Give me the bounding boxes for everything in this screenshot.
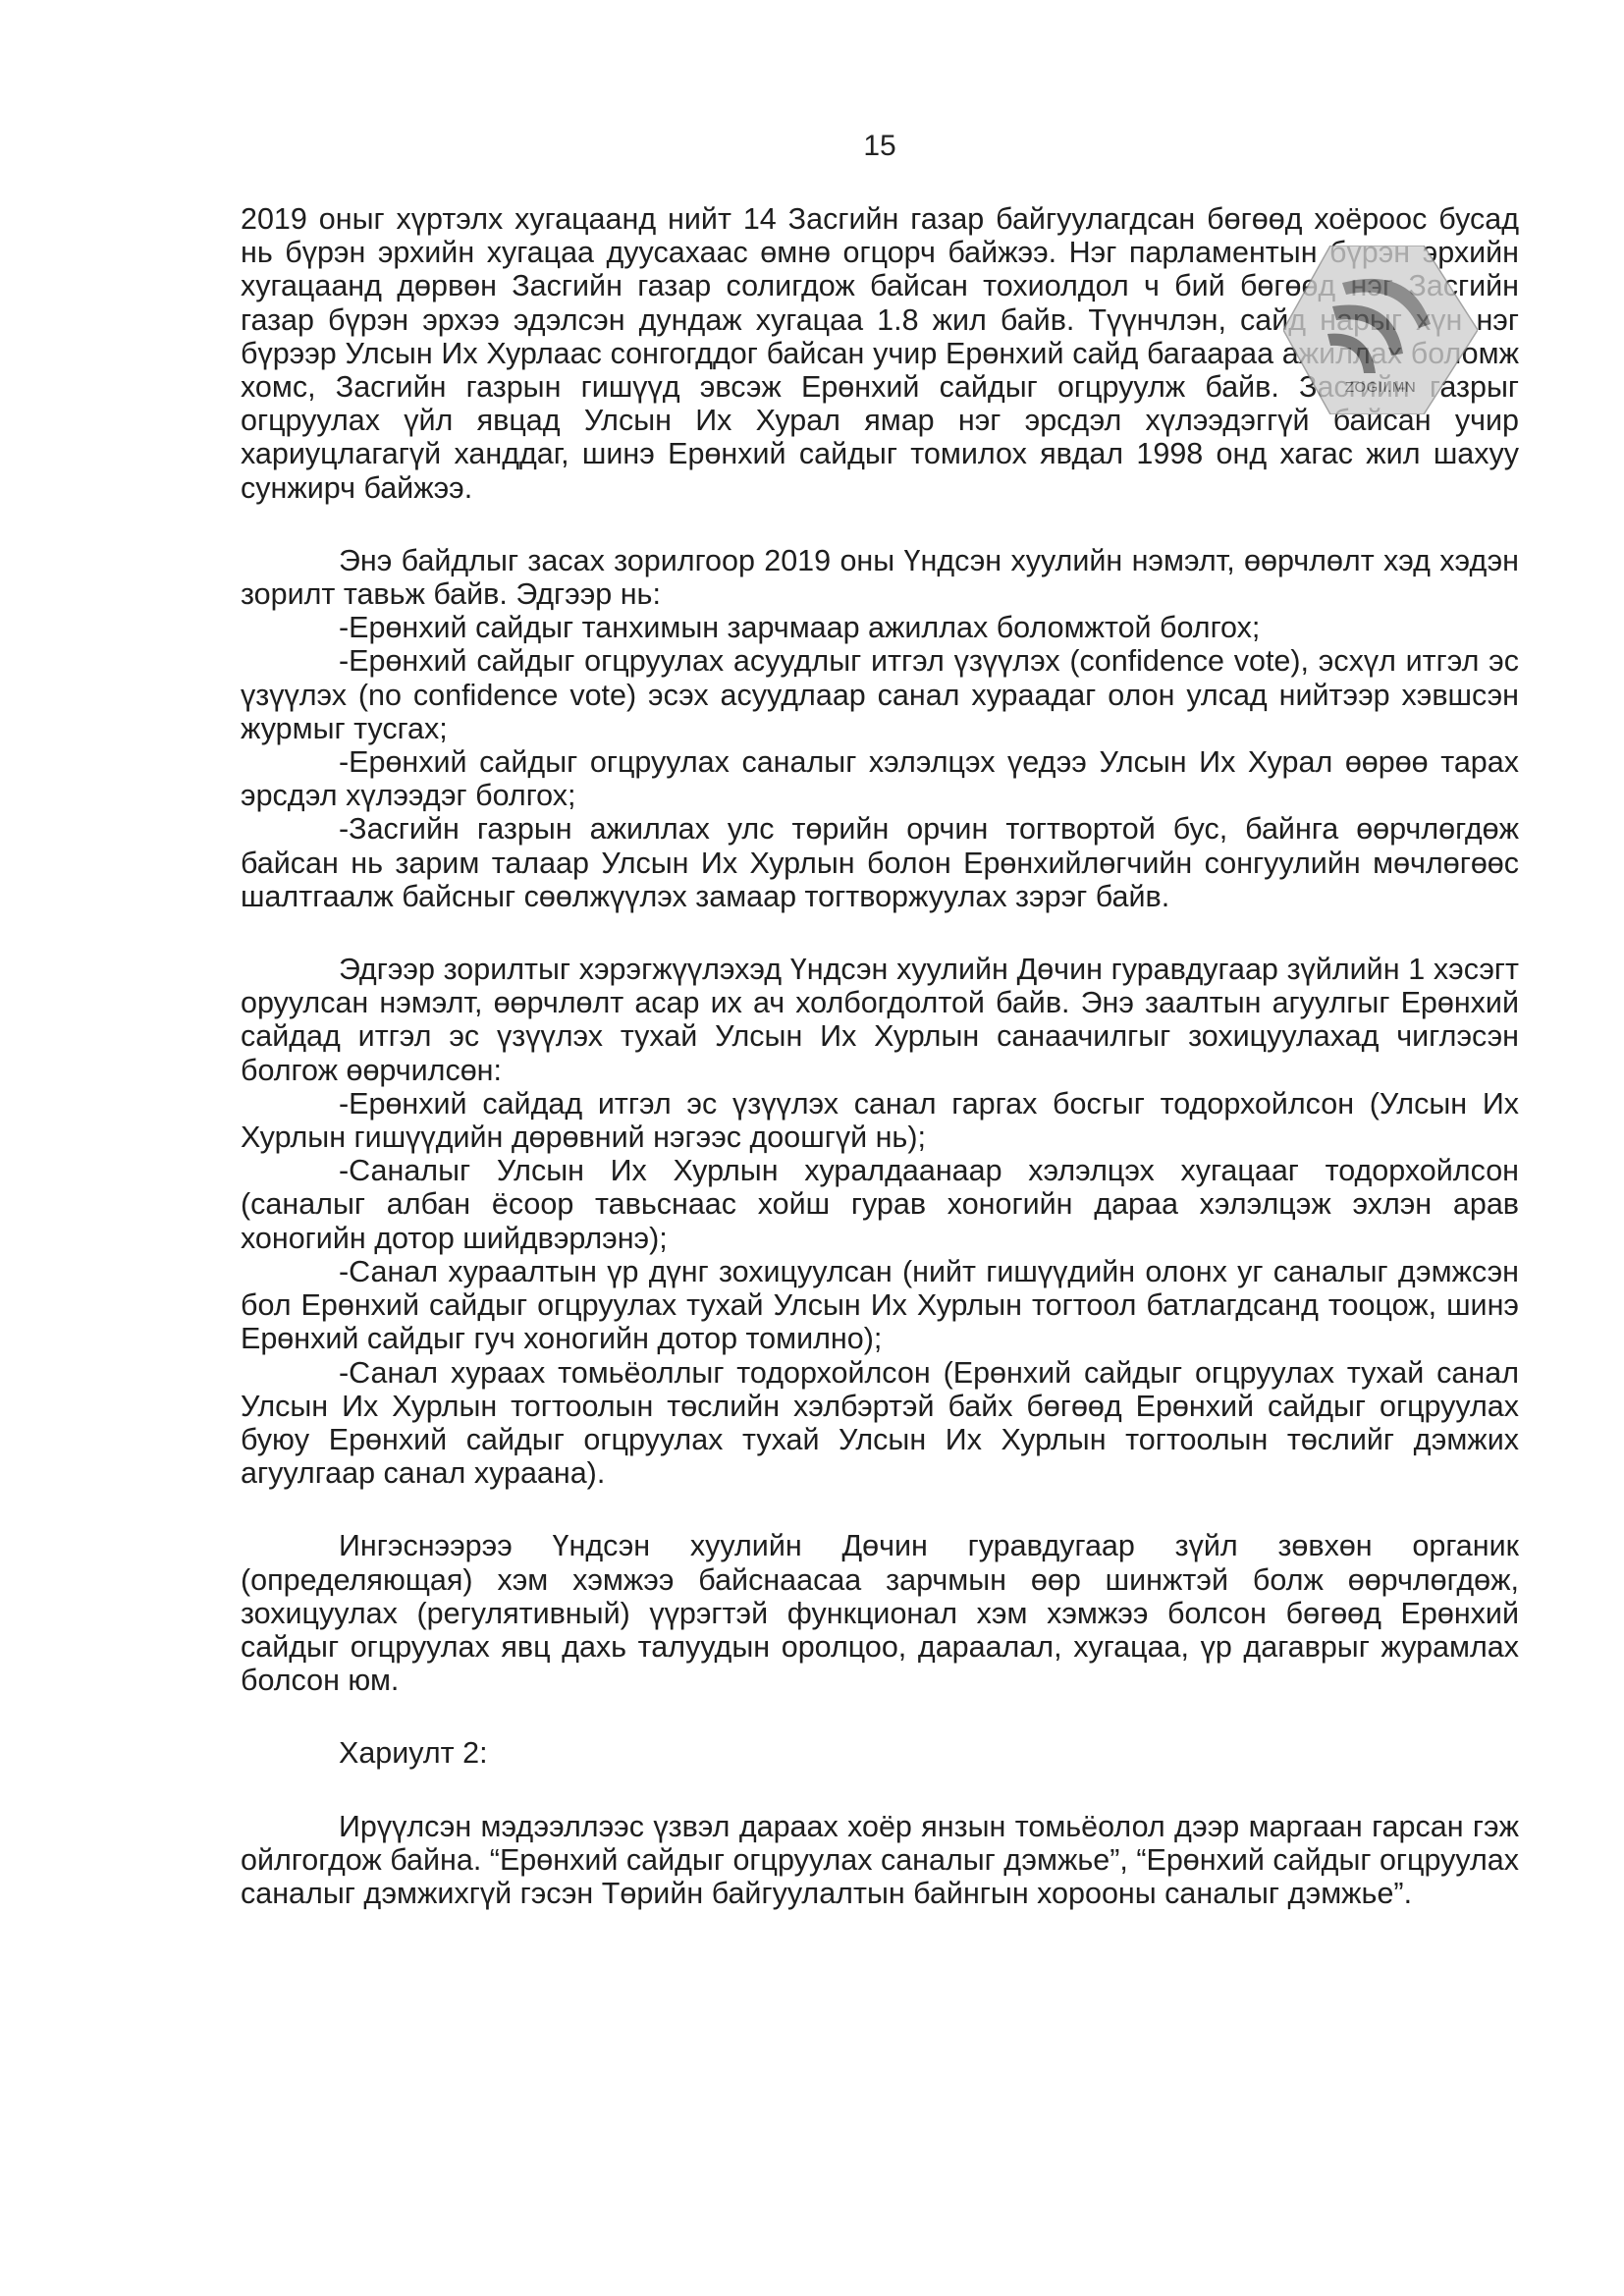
goal-list-item: -Засгийн газрын ажиллах улс төрийн орчин… xyxy=(241,812,1519,913)
paragraph-answer-2: Ирүүлсэн мэдээллээс үзвэл дараах хоёр ян… xyxy=(241,1810,1519,1911)
paragraph-gap xyxy=(241,1697,1519,1736)
goal-list-item: -Ерөнхий сайдыг огцруулах асуудлыг итгэл… xyxy=(241,644,1519,745)
goal-list-item: -Ерөнхий сайдыг танхимын зарчмаар ажилла… xyxy=(241,611,1519,644)
goal-list-item: -Ерөнхий сайдыг огцруулах саналыг хэлэлц… xyxy=(241,745,1519,812)
change-list-item: -Санал хураах томьёоллыг тодорхойлсон (Е… xyxy=(241,1356,1519,1491)
document-page: 15 2019 оныг хүртэлх хугацаанд нийт 14 З… xyxy=(0,0,1624,2296)
paragraph-gap xyxy=(241,1490,1519,1529)
document-body: 2019 оныг хүртэлх хугацаанд нийт 14 Засг… xyxy=(241,202,1519,1910)
paragraph-amendment-goals-intro: Энэ байдлыг засах зорилгоор 2019 оны Үнд… xyxy=(241,544,1519,611)
page-number: 15 xyxy=(0,130,1624,163)
answer-heading: Хариулт 2: xyxy=(241,1736,1519,1770)
paragraph-gap xyxy=(241,1771,1519,1810)
paragraph-gap xyxy=(241,913,1519,953)
paragraph-conclusion: Ингэснээрээ Үндсэн хуулийн Дөчин гуравду… xyxy=(241,1529,1519,1697)
change-list-item: -Саналыг Улсын Их Хурлын хуралдаанаар хэ… xyxy=(241,1154,1519,1255)
paragraph-historical-context: 2019 оныг хүртэлх хугацаанд нийт 14 Засг… xyxy=(241,202,1519,505)
change-list-item: -Ерөнхий сайдад итгэл эс үзүүлэх санал г… xyxy=(241,1087,1519,1154)
paragraph-gap xyxy=(241,505,1519,544)
paragraph-article-43-changes-intro: Эдгээр зорилтыг хэрэгжүүлэхэд Үндсэн хуу… xyxy=(241,953,1519,1087)
change-list-item: -Санал хураалтын үр дүнг зохицуулсан (ни… xyxy=(241,1255,1519,1356)
